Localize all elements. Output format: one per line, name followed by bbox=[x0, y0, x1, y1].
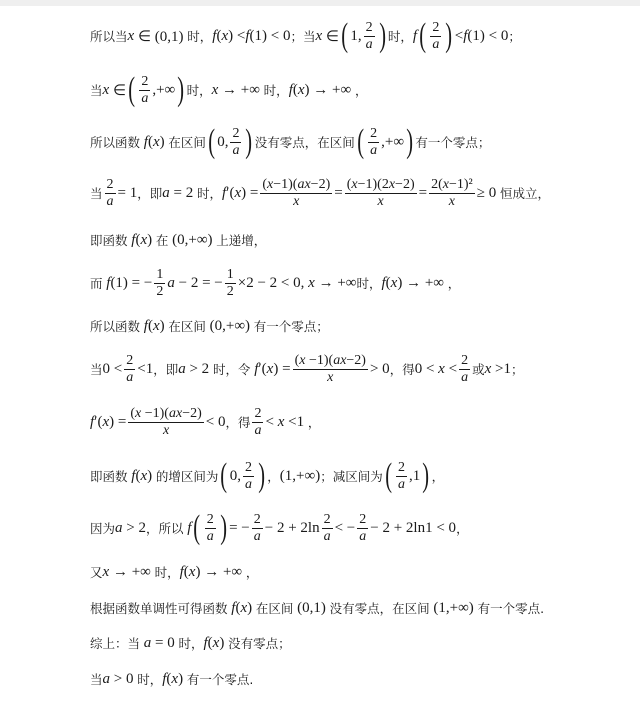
text: 没有零点， bbox=[255, 133, 318, 151]
top-toolbar-strip bbox=[0, 0, 640, 6]
text: ，所以 bbox=[146, 519, 184, 537]
text: 时 bbox=[213, 360, 226, 378]
text: 当 bbox=[90, 81, 103, 99]
doc-line-10: 即函数 f(x) 的增区间为 (0,2a) ， (1,+∞) ；减区间为 (2a… bbox=[90, 456, 444, 496]
text: ，得 bbox=[225, 413, 250, 431]
text: 恒成立， bbox=[500, 184, 550, 202]
text: 时， bbox=[187, 81, 212, 99]
text: 有一个零点； bbox=[254, 317, 329, 335]
text: 综上：当 bbox=[90, 634, 140, 652]
doc-line-12: 又 x → +∞ 时， f(x) → +∞ ， bbox=[90, 552, 258, 592]
text: 没有零点； bbox=[228, 634, 291, 652]
text: ，即 bbox=[153, 360, 178, 378]
text: 时， bbox=[137, 670, 162, 688]
text: ， bbox=[246, 563, 259, 581]
text: ； bbox=[290, 27, 303, 45]
text: 即函数 bbox=[90, 467, 128, 485]
text: ，令 bbox=[225, 360, 250, 378]
text: 有一个零点. bbox=[478, 599, 544, 617]
text: ， bbox=[456, 519, 469, 537]
text: 时， bbox=[187, 27, 212, 45]
text: 上递增， bbox=[216, 231, 266, 249]
text: 有一个零点. bbox=[187, 670, 253, 688]
text: 所以当 bbox=[90, 27, 128, 45]
text: ； bbox=[508, 27, 521, 45]
text: ， bbox=[355, 81, 368, 99]
text: 当 bbox=[90, 670, 103, 688]
text: 的增区间为 bbox=[156, 467, 219, 485]
text: ， bbox=[432, 467, 445, 485]
text: ， bbox=[448, 274, 461, 292]
doc-line-4: 当 2a= 1 ，即 a = 2 时， f′(x) = (x−1)(ax−2)x… bbox=[90, 173, 550, 213]
doc-line-5: 即函数 f(x) 在 (0,+∞) 上递增， bbox=[90, 220, 266, 260]
text: 有一个零点； bbox=[415, 133, 490, 151]
text: ，得 bbox=[390, 360, 415, 378]
text: 所以函数 bbox=[90, 317, 140, 335]
text: 时， bbox=[155, 563, 180, 581]
text: ， bbox=[267, 467, 280, 485]
text: 当 bbox=[90, 360, 103, 378]
text: 因为 bbox=[90, 519, 115, 537]
text: 在区间 bbox=[168, 317, 206, 335]
text: 在区间 bbox=[256, 599, 294, 617]
doc-line-6: 而 f(1) = −12a − 2 = − 12×2 − 2 < 0, x → … bbox=[90, 263, 460, 303]
doc-line-1: 所以当 x ∈ (0,1) 时， f(x) < f(1) < 0 ； 当 x ∈… bbox=[90, 16, 521, 56]
doc-line-8: 当 0 <2a<1 ，即 a > 2 时 ，令 f′(x) = (x −1)(a… bbox=[90, 349, 523, 389]
text: 又 bbox=[90, 563, 103, 581]
text: ， bbox=[308, 413, 321, 431]
text: 时， bbox=[264, 81, 289, 99]
doc-line-3: 所以函数 f(x) 在区间 (0,2a) 没有零点， 在区间 (2a,+∞) 有… bbox=[90, 122, 490, 162]
text: ，即 bbox=[137, 184, 162, 202]
text: 没有零点， bbox=[330, 599, 393, 617]
doc-line-13: 根据函数单调性可得函数 f(x) 在区间 (0,1) 没有零点， 在区间 (1,… bbox=[90, 588, 544, 628]
text: 时， bbox=[178, 634, 203, 652]
text: 时， bbox=[388, 27, 413, 45]
doc-line-15: 当 a > 0 时， f(x) 有一个零点. bbox=[90, 659, 253, 699]
text: ；减区间为 bbox=[320, 467, 383, 485]
text: 在区间 bbox=[317, 133, 355, 151]
text: 根据函数单调性可得函数 bbox=[90, 599, 228, 617]
doc-line-11: 因为 a > 2 ，所以 f(2a) = −2a− 2 + 2ln2a < −2… bbox=[90, 508, 469, 548]
text: 当 bbox=[90, 184, 103, 202]
text: 在区间 bbox=[392, 599, 430, 617]
doc-line-9: f′(x) = (x −1)(ax−2)x< 0 ，得 2a< x <1 ， bbox=[90, 402, 320, 442]
doc-line-7: 所以函数 f(x) 在区间 (0,+∞) 有一个零点； bbox=[90, 306, 329, 346]
text: 所以函数 bbox=[90, 133, 140, 151]
doc-line-2: 当 x ∈ (2a,+∞) 时， x → +∞ 时， f(x) → +∞ ， bbox=[90, 70, 367, 110]
doc-line-14: 综上：当 a = 0 时， f(x) 没有零点； bbox=[90, 623, 291, 663]
text: 时， bbox=[356, 274, 381, 292]
text: 在 bbox=[156, 231, 169, 249]
text: 在区间 bbox=[168, 133, 206, 151]
text: 当 bbox=[303, 27, 316, 45]
text: 或 bbox=[472, 360, 485, 378]
text: 而 bbox=[90, 274, 103, 292]
text: 时， bbox=[197, 184, 222, 202]
text: 即函数 bbox=[90, 231, 128, 249]
text: ； bbox=[511, 360, 524, 378]
